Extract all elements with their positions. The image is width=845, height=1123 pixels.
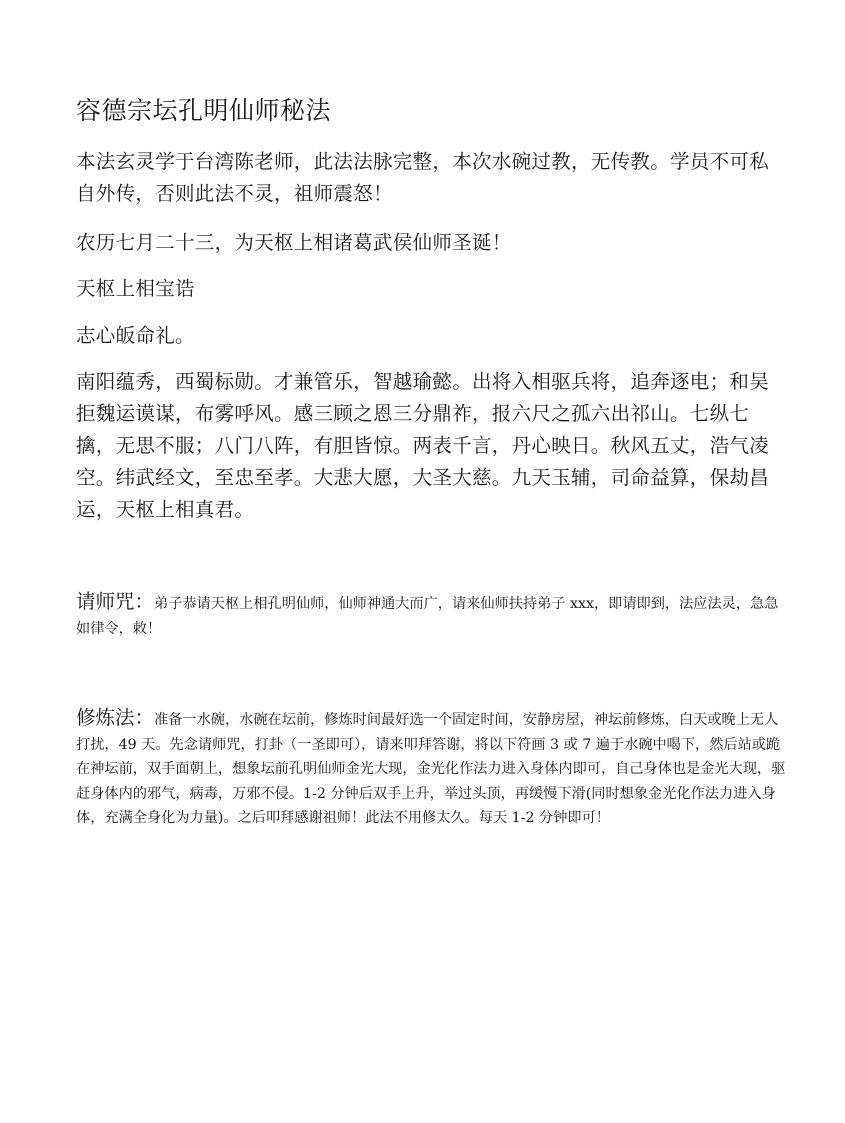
- document-title: 容德宗坛孔明仙师秘法: [76, 94, 331, 128]
- invocation-label: 请师咒：: [76, 590, 154, 613]
- hymn-heading: 天枢上相宝诰: [76, 273, 782, 305]
- invocation-section: 请师咒：弟子恭请天枢上相孔明仙师，仙师神通大而广，请来仙师扶持弟子 xxx，即请…: [76, 590, 788, 641]
- birthday-paragraph: 农历七月二十三，为天枢上相诸葛武侯仙师圣诞！: [76, 227, 782, 259]
- practice-label: 修炼法：: [76, 706, 154, 729]
- salutation-paragraph: 志心皈命礼。: [76, 320, 782, 352]
- practice-section: 修炼法：准备一水碗，水碗在坛前，修炼时间最好选一个固定时间，安静房屋，神坛前修炼…: [76, 706, 788, 831]
- hymn-text: 南阳蕴秀，西蜀标勋。才兼管乐，智越瑜懿。出将入相驱兵将，追奔逐电；和吴拒魏运谟谋…: [76, 366, 782, 526]
- invocation-text: 弟子恭请天枢上相孔明仙师，仙师神通大而广，请来仙师扶持弟子 xxx，即请即到，法…: [76, 596, 778, 637]
- practice-text: 准备一水碗，水碗在坛前，修炼时间最好选一个固定时间，安静房屋，神坛前修炼，白天或…: [76, 712, 785, 826]
- intro-paragraph: 本法玄灵学于台湾陈老师，此法法脉完整，本次水碗过教，无传教。学员不可私自外传，否…: [76, 146, 782, 210]
